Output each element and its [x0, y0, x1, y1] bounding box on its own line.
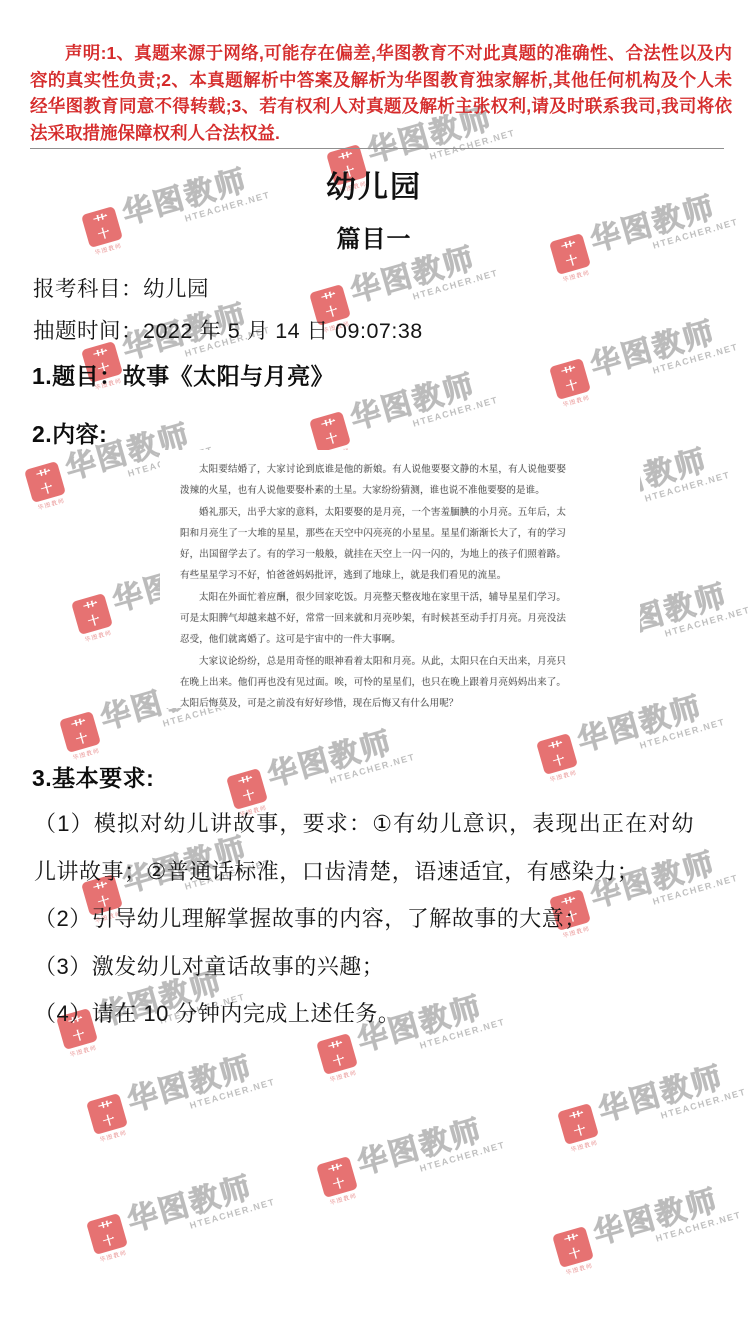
huatu-logo-icon: 艹十: [309, 411, 351, 453]
story-paragraph: 太阳要结婚了，大家讨论到底谁是他的新娘。有人说他要娶文静的木星，有人说他要娶泼辣…: [180, 459, 566, 502]
watermark-caption: 华图教师: [561, 392, 590, 408]
watermark-domain-text: HTEACHER.NET: [356, 395, 500, 445]
watermark-caption: 华图教师: [68, 1042, 97, 1058]
watermark-domain-text: HTEACHER.NET: [599, 1210, 743, 1260]
watermark-caption: 华图教师: [98, 1127, 127, 1143]
huatu-logo-icon: 艹十: [316, 1033, 358, 1075]
watermark-brand-text: 华图教师: [593, 1047, 746, 1130]
huatu-watermark: 艹十华图教师华图教师HTEACHER.NET: [552, 1184, 744, 1278]
huatu-logo-icon: 艹十: [86, 1093, 128, 1135]
watermark-domain-text: HTEACHER.NET: [133, 1197, 277, 1247]
requirement-item: （1）模拟对幼儿讲故事，要求：①有幼儿意识，表现出正在对幼儿讲故事；②普通话标准…: [34, 800, 694, 895]
huatu-watermark: 艹十华图教师华图教师HTEACHER.NET: [549, 316, 741, 410]
watermark-caption: 华图教师: [569, 1137, 598, 1153]
subject-line: 报考科目：幼儿园: [33, 272, 209, 303]
requirements-heading: 3.基本要求:: [32, 760, 154, 793]
question-title-heading: 1.题目：故事《太阳与月亮》: [32, 358, 334, 391]
huatu-logo-icon: 艹十: [59, 711, 101, 753]
story-content-image: 太阳要结婚了，大家讨论到底谁是他的新娘。有人说他要娶文静的木星，有人说他要娶泼辣…: [160, 450, 640, 708]
watermark-caption: 华图教师: [36, 495, 65, 511]
story-paragraph: 太阳在外面忙着应酬，很少回家吃饭。月亮整天整夜地在家里干活，辅导星星们学习。可是…: [180, 587, 566, 651]
watermark-caption: 华图教师: [98, 1247, 127, 1263]
requirement-item: （2）引导幼儿理解掌握故事的内容，了解故事的大意；: [34, 895, 694, 943]
divider-line: [30, 148, 724, 149]
disclaimer-label: 声明:: [65, 43, 106, 63]
huatu-watermark: 艹十华图教师华图教师HTEACHER.NET: [316, 1114, 508, 1208]
huatu-watermark: 艹十华图教师华图教师HTEACHER.NET: [557, 1061, 748, 1155]
huatu-logo-icon: 艹十: [536, 733, 578, 775]
draw-time-label: 抽题时间：: [33, 319, 143, 343]
disclaimer-body: 1、真题来源于网络,可能存在偏差,华图教育不对此真题的准确性、合法性以及内容的真…: [30, 43, 732, 143]
subject-value: 幼儿园: [143, 277, 209, 301]
story-paragraph: 大家议论纷纷，总是用奇怪的眼神看着太阳和月亮。从此，太阳只在白天出来，月亮只在晚…: [180, 651, 566, 715]
watermark-brand-text: 华图教师: [262, 712, 415, 795]
huatu-logo-icon: 艹十: [549, 358, 591, 400]
requirements-list: （1）模拟对幼儿讲故事，要求：①有幼儿意识，表现出正在对幼儿讲故事；②普通话标准…: [34, 800, 694, 1038]
watermark-brand-text: 华图教师: [122, 1157, 275, 1240]
huatu-watermark: 艹十华图教师华图教师HTEACHER.NET: [86, 1171, 278, 1265]
huatu-logo-icon: 艹十: [86, 1213, 128, 1255]
watermark-brand-text: 华图教师: [588, 1170, 741, 1253]
requirement-item: （4）请在 10 分钟内完成上述任务。: [34, 990, 694, 1038]
watermark-domain-text: HTEACHER.NET: [356, 268, 500, 318]
watermark-caption: 华图教师: [548, 767, 577, 783]
page-subtitle: 篇目一: [0, 219, 748, 254]
huatu-watermark: 艹十华图教师华图教师HTEACHER.NET: [86, 1051, 278, 1145]
requirement-item: （3）激发幼儿对童话故事的兴趣；: [34, 943, 694, 991]
content-heading: 2.内容:: [32, 416, 107, 449]
watermark-domain-text: HTEACHER.NET: [604, 1087, 748, 1137]
disclaimer-text: 声明:1、真题来源于网络,可能存在偏差,华图教育不对此真题的准确性、合法性以及内…: [30, 40, 732, 146]
huatu-watermark: 艹十华图教师华图教师HTEACHER.NET: [309, 369, 501, 463]
draw-time-line: 抽题时间：2022 年 5 月 14 日 09:07:38: [33, 314, 423, 345]
watermark-caption: 华图教师: [328, 1190, 357, 1206]
huatu-logo-icon: 艹十: [557, 1103, 599, 1145]
huatu-logo-icon: 艹十: [71, 593, 113, 635]
watermark-brand-text: 华图教师: [352, 1100, 505, 1183]
draw-time-value: 2022 年 5 月 14 日 09:07:38: [143, 319, 423, 343]
watermark-brand-text: 华图教师: [585, 302, 738, 385]
story-paragraph: 婚礼那天，出乎大家的意料，太阳要娶的是月亮，一个害羞腼腆的小月亮。五年后，太阳和…: [180, 502, 566, 587]
watermark-domain-text: HTEACHER.NET: [596, 342, 740, 392]
watermark-domain-text: HTEACHER.NET: [273, 752, 417, 802]
watermark-brand-text: 华图教师: [345, 355, 498, 438]
page-title: 幼儿园: [0, 162, 748, 206]
story-text: 太阳要结婚了，大家讨论到底谁是他的新娘。有人说他要娶文静的木星，有人说他要娶泼辣…: [180, 459, 566, 715]
watermark-caption: 华图教师: [83, 627, 112, 643]
watermark-caption: 华图教师: [561, 267, 590, 283]
watermark-caption: 华图教师: [328, 1067, 357, 1083]
watermark-brand-text: 华图教师: [122, 1037, 275, 1120]
watermark-domain-text: HTEACHER.NET: [363, 1140, 507, 1190]
huatu-logo-icon: 艹十: [552, 1226, 594, 1268]
subject-label: 报考科目：: [33, 277, 143, 301]
huatu-logo-icon: 艹十: [24, 461, 66, 503]
watermark-domain-text: HTEACHER.NET: [583, 717, 727, 767]
watermark-domain-text: HTEACHER.NET: [133, 1077, 277, 1127]
huatu-logo-icon: 艹十: [316, 1156, 358, 1198]
watermark-caption: 华图教师: [564, 1260, 593, 1276]
